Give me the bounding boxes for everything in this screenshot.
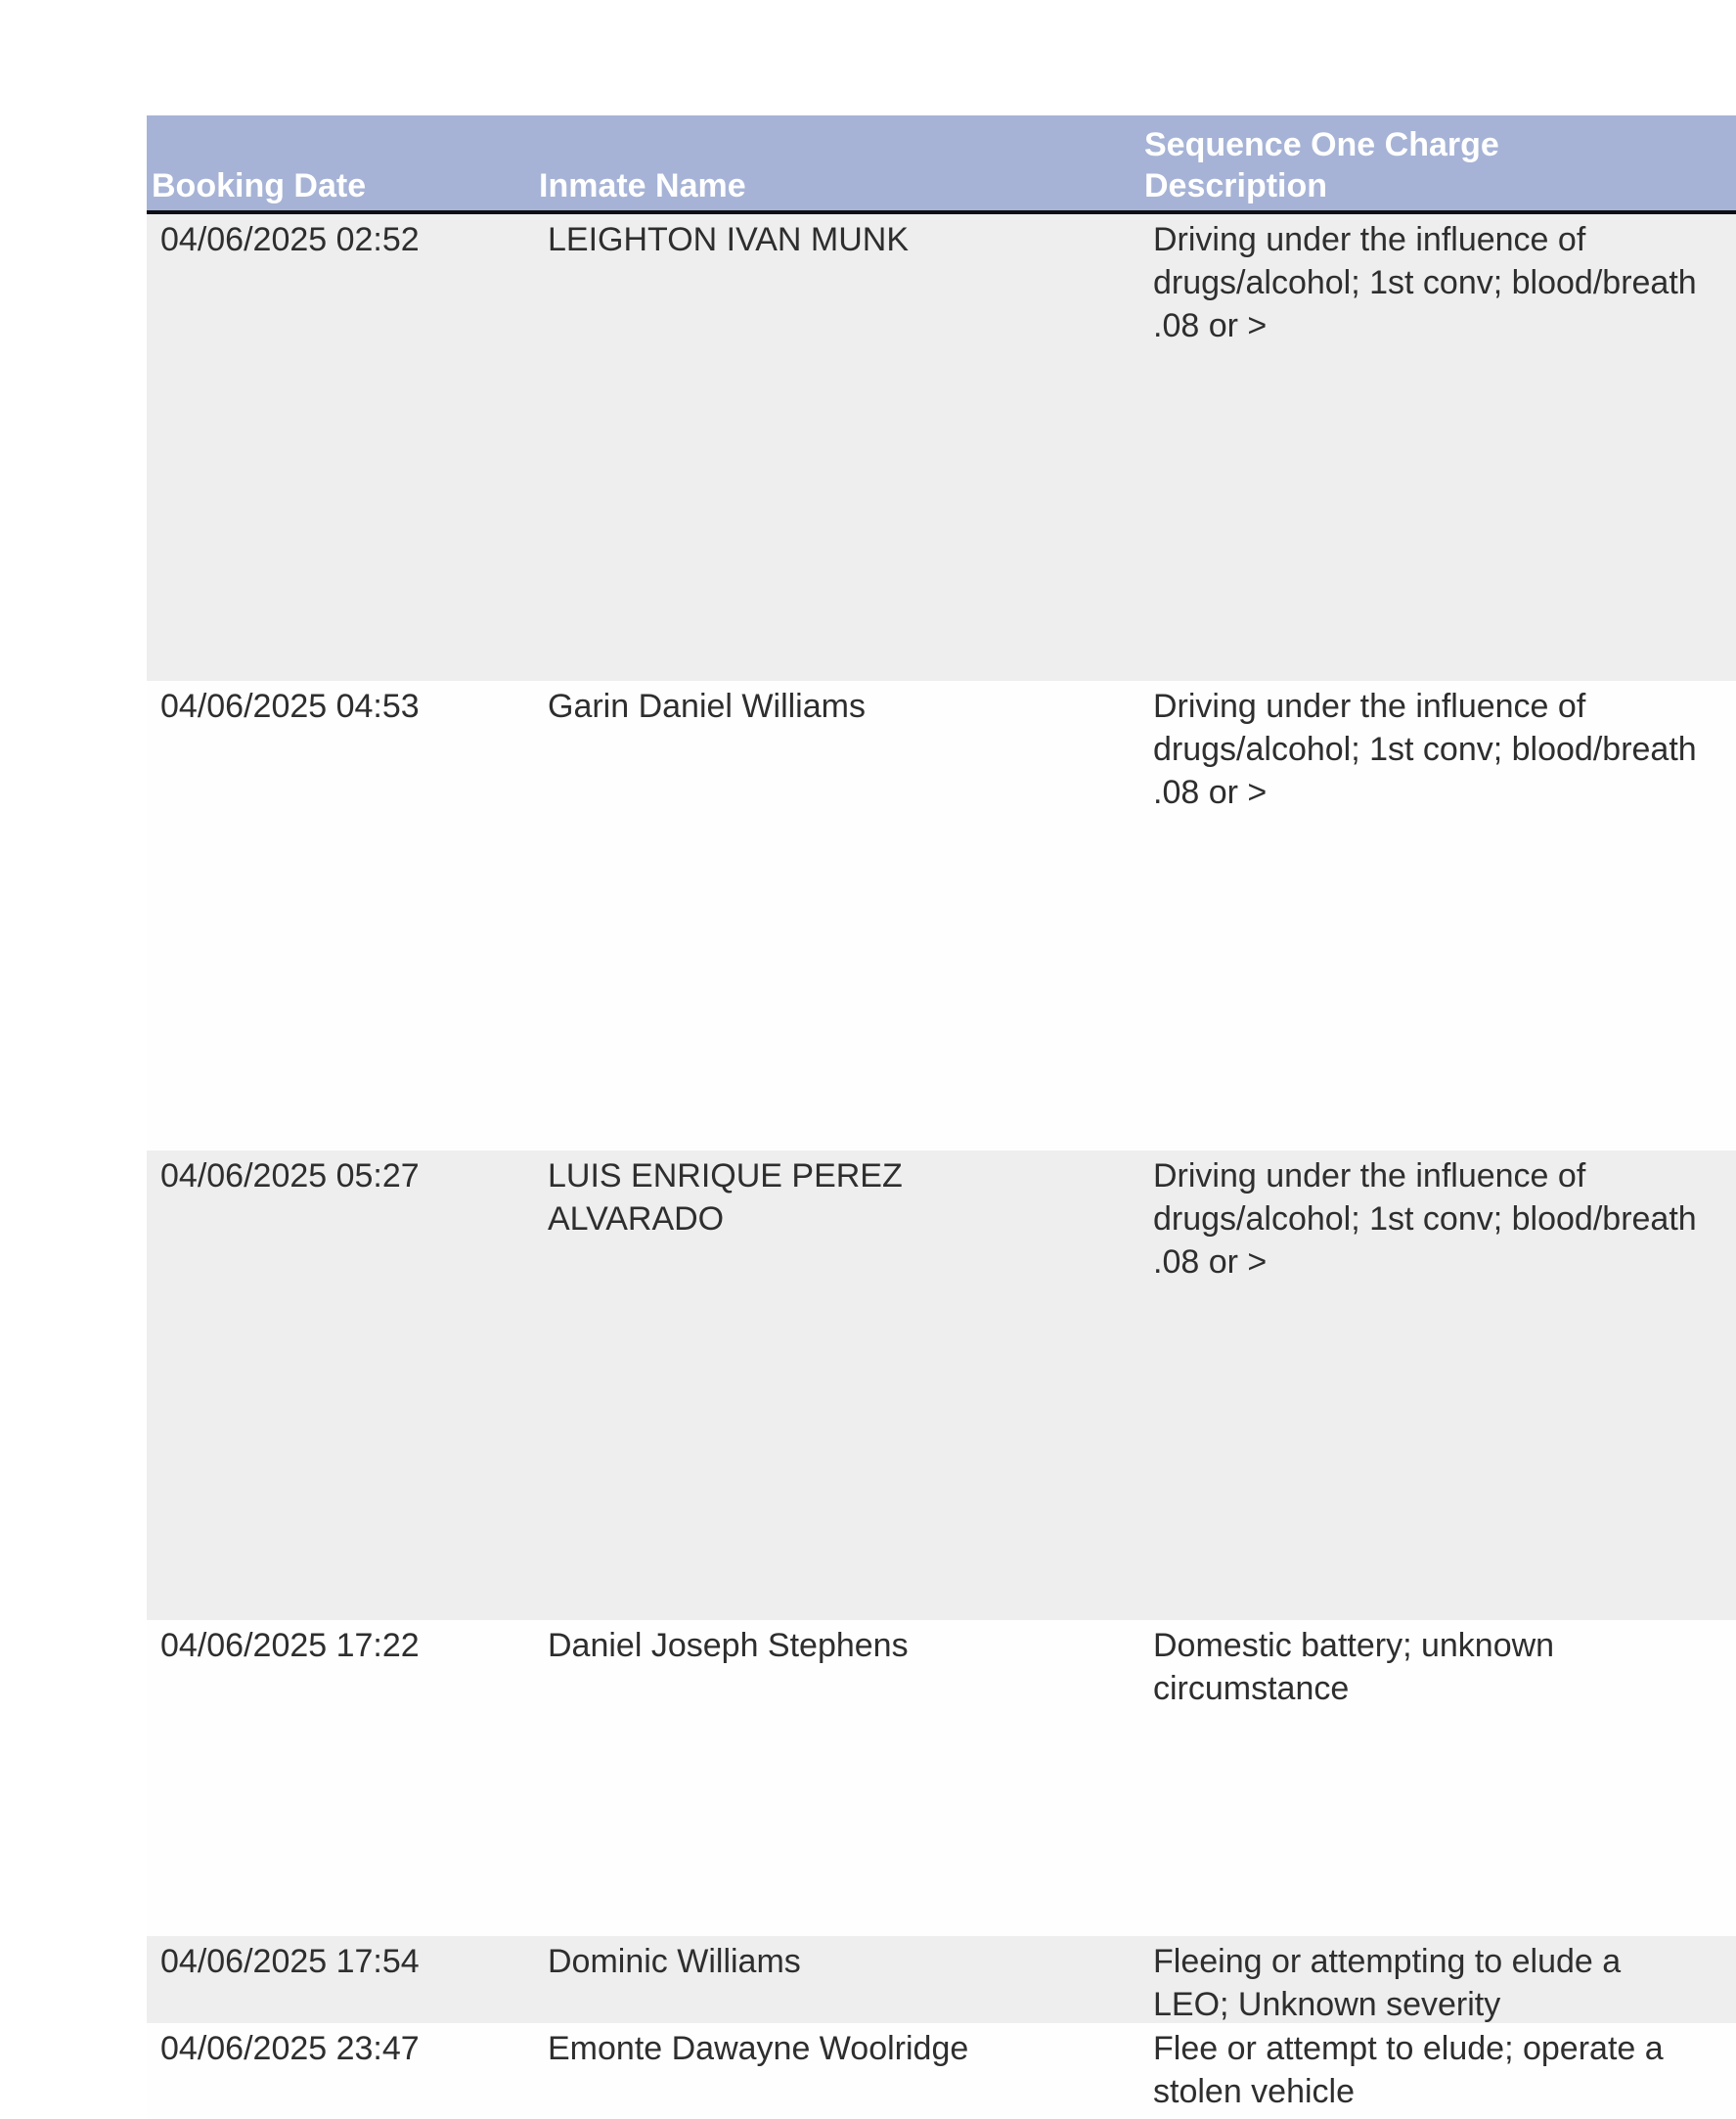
- inmate-name-cell: Dominic Williams: [548, 1940, 1056, 1983]
- inmate-name-cell: LEIGHTON IVAN MUNK: [548, 218, 1056, 261]
- charge-description-cell: Domestic battery; unknown circumstance: [1153, 1624, 1701, 1710]
- inmate-name-cell: LUIS ENRIQUE PEREZ ALVARADO: [548, 1154, 1056, 1240]
- table-row[interactable]: 04/06/2025 04:53 Garin Daniel Williams D…: [147, 681, 1736, 1150]
- column-header-booking-date[interactable]: Booking Date: [152, 165, 366, 206]
- booking-date-cell: 04/06/2025 23:47: [160, 2027, 420, 2070]
- booking-date-cell: 04/06/2025 05:27: [160, 1154, 420, 1197]
- charge-description-cell: Driving under the influence of drugs/alc…: [1153, 685, 1701, 814]
- charge-description-cell: Fleeing or attempting to elude a LEO; Un…: [1153, 1940, 1701, 2026]
- column-header-charge-description[interactable]: Sequence One Charge Description: [1144, 124, 1653, 206]
- table-header: Booking Date Inmate Name Sequence One Ch…: [147, 115, 1736, 214]
- booking-date-cell: 04/06/2025 04:53: [160, 685, 420, 728]
- charge-description-cell: Flee or attempt to elude; operate a stol…: [1153, 2027, 1701, 2113]
- table-row[interactable]: 04/06/2025 17:54 Dominic Williams Fleein…: [147, 1936, 1736, 2023]
- table-row[interactable]: 04/06/2025 23:47 Emonte Dawayne Woolridg…: [147, 2023, 1736, 2119]
- charge-description-cell: Driving under the influence of drugs/alc…: [1153, 218, 1701, 347]
- booking-table: Booking Date Inmate Name Sequence One Ch…: [147, 115, 1736, 2119]
- inmate-name-cell: Daniel Joseph Stephens: [548, 1624, 1056, 1667]
- table-row[interactable]: 04/06/2025 02:52 LEIGHTON IVAN MUNK Driv…: [147, 214, 1736, 681]
- booking-date-cell: 04/06/2025 17:22: [160, 1624, 420, 1667]
- column-header-inmate-name[interactable]: Inmate Name: [539, 165, 746, 206]
- booking-date-cell: 04/06/2025 17:54: [160, 1940, 420, 1983]
- booking-date-cell: 04/06/2025 02:52: [160, 218, 420, 261]
- table-row[interactable]: 04/06/2025 17:22 Daniel Joseph Stephens …: [147, 1620, 1736, 1936]
- inmate-name-cell: Garin Daniel Williams: [548, 685, 1056, 728]
- charge-description-cell: Driving under the influence of drugs/alc…: [1153, 1154, 1701, 1284]
- table-row[interactable]: 04/06/2025 05:27 LUIS ENRIQUE PEREZ ALVA…: [147, 1150, 1736, 1620]
- inmate-name-cell: Emonte Dawayne Woolridge: [548, 2027, 1056, 2070]
